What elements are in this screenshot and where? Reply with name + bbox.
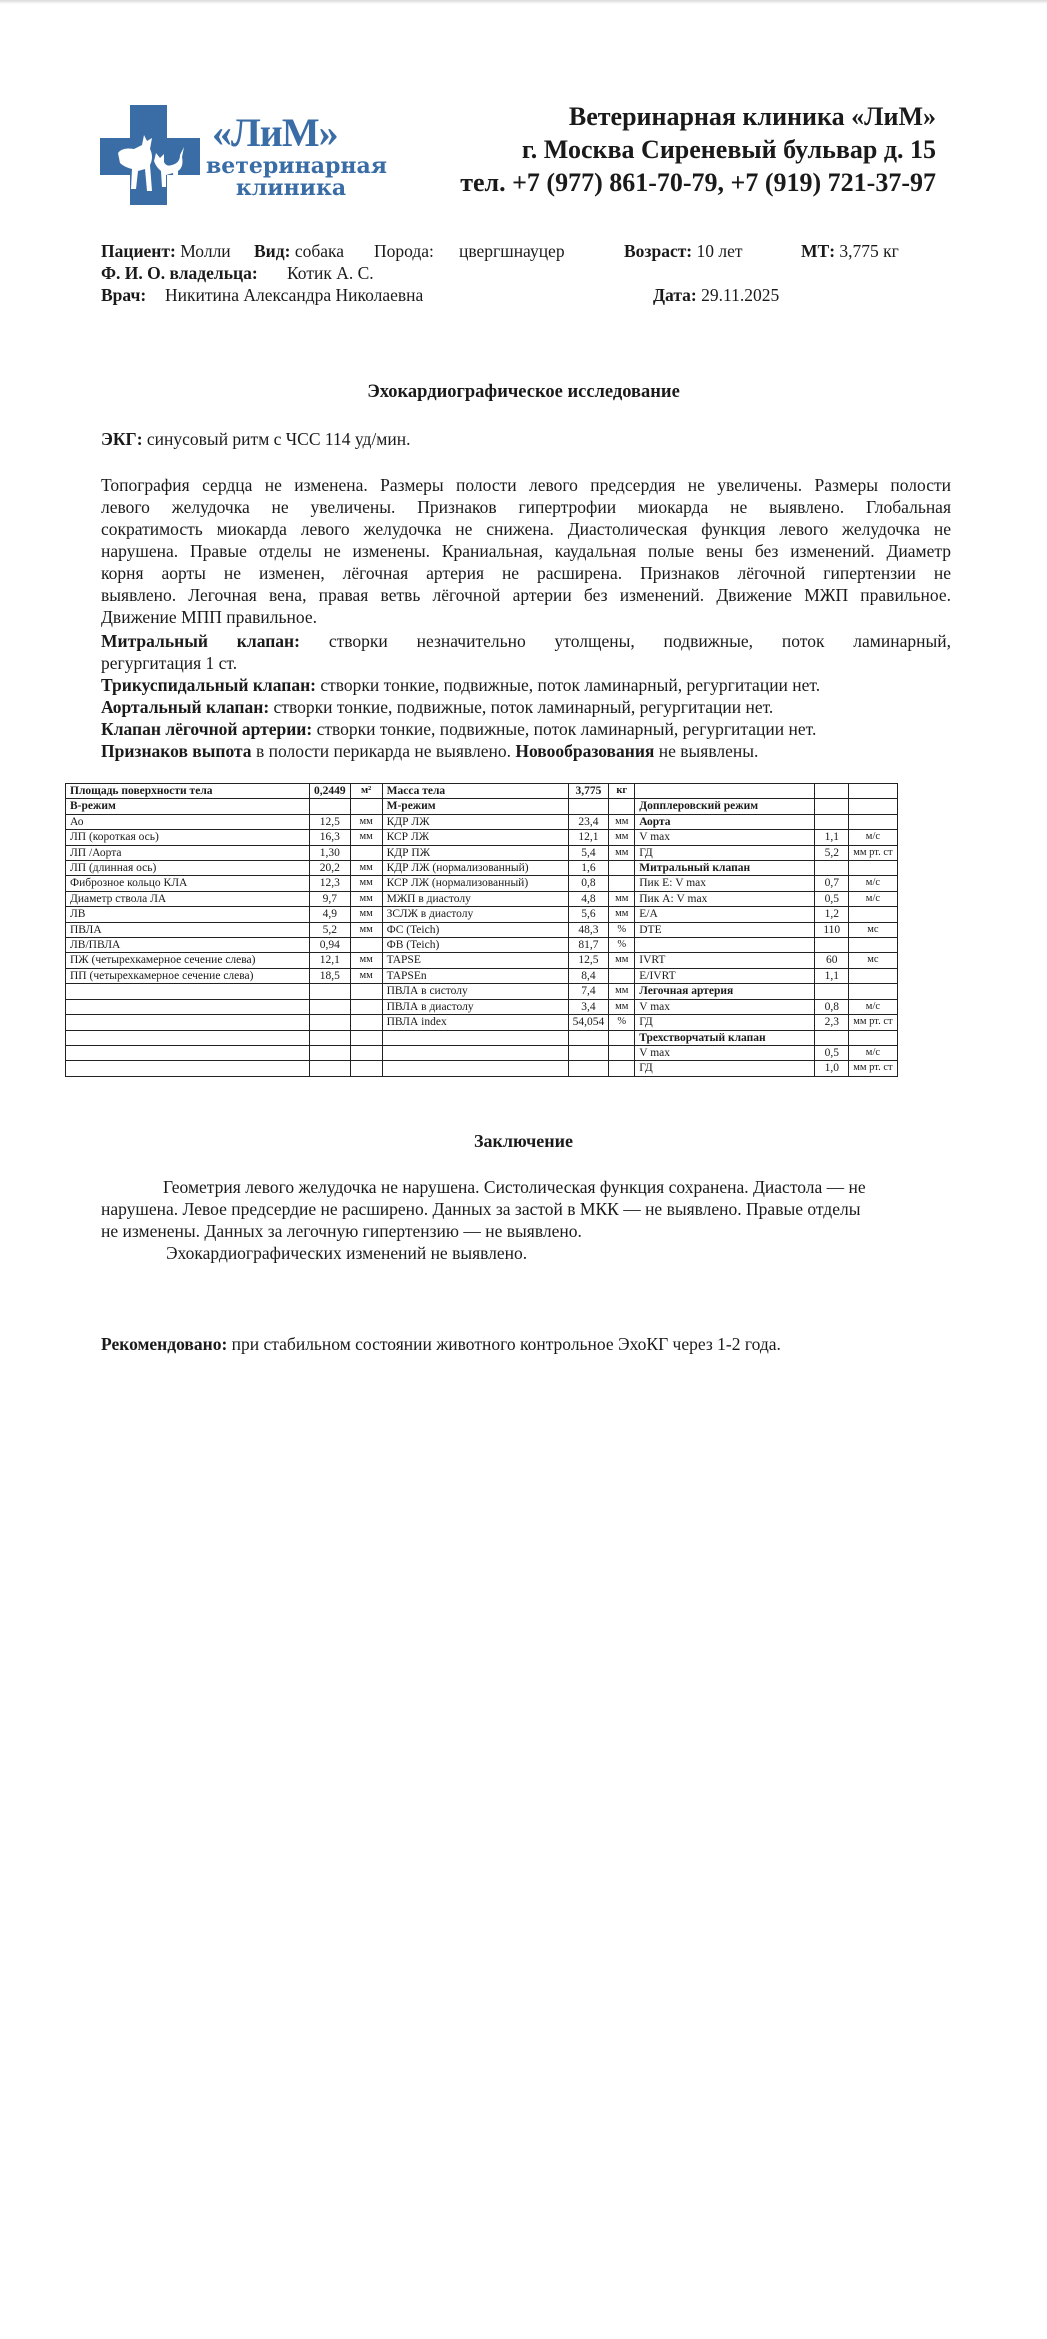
owner-label: Ф. И. О. владельца: [101, 262, 258, 284]
table-cell-value: 54,054 [568, 1015, 609, 1030]
table-cell-label [635, 784, 815, 799]
table-cell-value [310, 1030, 351, 1045]
table-cell-value [310, 1061, 351, 1076]
ecg-value: синусовый ритм с ЧСС 114 уд/мин. [147, 429, 411, 449]
recommendation-value: при стабильном состоянии животного контр… [232, 1334, 781, 1354]
table-cell-value [568, 1061, 609, 1076]
table-cell-unit: % [609, 1015, 635, 1030]
table-cell-value: 5,2 [310, 922, 351, 937]
table-cell-unit: мм [609, 814, 635, 829]
age-label: Возраст: [624, 241, 692, 261]
table-cell-label: КСР ЛЖ [382, 830, 568, 845]
logo-subtitle: ветеринарная клиника [206, 155, 376, 199]
table-cell-value [815, 1030, 849, 1045]
table-cell-value: 4,8 [568, 891, 609, 906]
table-cell-unit [350, 845, 382, 860]
table-cell-value [815, 984, 849, 999]
table-cell-label [382, 1045, 568, 1060]
measurements-table: Площадь поверхности тела0,2449м²Масса те… [65, 783, 898, 1077]
table-cell-label: МЖП в диастолу [382, 891, 568, 906]
table-cell-value: 12,1 [310, 953, 351, 968]
table-cell-value: 12,1 [568, 830, 609, 845]
table-cell-label: ГД [635, 1015, 815, 1030]
table-cell-unit: м/с [849, 876, 897, 891]
neoplasm-value: не выявлены. [659, 741, 759, 761]
table-cell-label: В-режим [66, 799, 310, 814]
tricuspid-line: Трикуспидальный клапан: створки тонкие, … [101, 674, 951, 696]
valves-findings: Митральный клапан: створки незначительно… [101, 630, 951, 762]
table-cell-label: Допплеровский режим [635, 799, 815, 814]
doctor-label: Врач: [101, 284, 146, 306]
table-cell-unit: кг [609, 784, 635, 799]
table-cell-label: V max [635, 830, 815, 845]
table-row: V max0,5м/с [66, 1045, 898, 1060]
table-cell-label: ПВЛА в систолу [382, 984, 568, 999]
medical-cross-with-dog-and-cat-icon [100, 105, 200, 205]
table-cell-value [568, 1045, 609, 1060]
table-row: Трехстворчатый клапан [66, 1030, 898, 1045]
table-row: Ао12,5ммКДР ЛЖ23,4ммАорта [66, 814, 898, 829]
table-row: ПВЛА5,2ммФС (Teich)48,3%DTE110мс [66, 922, 898, 937]
table-row: В-режимМ-режимДопплеровский режим [66, 799, 898, 814]
table-cell-value: 3,775 [568, 784, 609, 799]
effusion-value: в полости перикарда не выявлено. [256, 741, 511, 761]
table-cell-label: КДР ПЖ [382, 845, 568, 860]
table-cell-unit: мм рт. ст [849, 845, 897, 860]
table-cell-value [310, 1045, 351, 1060]
clinic-phones: тел. +7 (977) 861-70-79, +7 (919) 721-37… [460, 166, 936, 199]
table-cell-unit: мм [609, 953, 635, 968]
logo-subtitle-line2: клиника [206, 177, 376, 199]
conclusion-line-2: нарушена. Левое предсердие не расширено.… [101, 1198, 951, 1220]
table-row: Диаметр ствола ЛА9,7ммМЖП в диастолу4,8м… [66, 891, 898, 906]
table-cell-label [66, 999, 310, 1014]
table-cell-unit: мм [350, 907, 382, 922]
clinic-logo: «ЛиМ» ветеринарная клиника [100, 105, 380, 210]
breed-label: Порода: [374, 240, 434, 262]
recommendation-label: Рекомендовано: [101, 1334, 227, 1354]
table-cell-value: 1,30 [310, 845, 351, 860]
table-cell-unit [350, 1015, 382, 1030]
table-cell-label: IVRT [635, 953, 815, 968]
logo-subtitle-line1: ветеринарная [206, 155, 376, 177]
table-row: ПВЛА index54,054%ГД2,3мм рт. ст [66, 1015, 898, 1030]
table-cell-value: 7,4 [568, 984, 609, 999]
table-cell-value: 81,7 [568, 938, 609, 953]
table-cell-unit [849, 784, 897, 799]
table-cell-unit [609, 876, 635, 891]
table-cell-label: Легочная артерия [635, 984, 815, 999]
table-cell-unit [609, 1030, 635, 1045]
table-cell-value: 0,5 [815, 1045, 849, 1060]
table-cell-unit [350, 1030, 382, 1045]
table-cell-unit [350, 799, 382, 814]
table-cell-label: Аорта [635, 814, 815, 829]
table-cell-label: E/IVRT [635, 968, 815, 983]
table-cell-unit [849, 907, 897, 922]
table-cell-unit [350, 938, 382, 953]
table-cell-unit: мм [609, 984, 635, 999]
description-line: левого желудочка не увеличены. Признаков… [101, 496, 951, 518]
age-value: 10 лет [697, 241, 743, 261]
table-cell-value: 3,4 [568, 999, 609, 1014]
description-line: корня аорты не изменен, лёгочная артерия… [101, 562, 951, 584]
table-row: ЛВ/ПВЛА0,94ФВ (Teich)81,7% [66, 938, 898, 953]
table-cell-unit [609, 861, 635, 876]
table-cell-unit [849, 1030, 897, 1045]
table-cell-unit: мм [350, 861, 382, 876]
table-cell-value: 12,5 [310, 814, 351, 829]
table-cell-value: 1,2 [815, 907, 849, 922]
patient-label: Пациент: [101, 241, 176, 261]
table-cell-value: 0,94 [310, 938, 351, 953]
table-row: ПЖ (четырехкамерное сечение слева)12,1мм… [66, 953, 898, 968]
table-cell-label: ГД [635, 1061, 815, 1076]
table-cell-unit: мс [849, 922, 897, 937]
table-cell-label [382, 1030, 568, 1045]
age-field: Возраст: 10 лет [624, 240, 743, 262]
table-cell-value: 60 [815, 953, 849, 968]
table-cell-value: 23,4 [568, 814, 609, 829]
date-field: Дата: 29.11.2025 [653, 284, 779, 306]
table-cell-unit: м/с [849, 999, 897, 1014]
table-cell-label: ФВ (Teich) [382, 938, 568, 953]
table-cell-value: 2,3 [815, 1015, 849, 1030]
table-cell-value: 12,5 [568, 953, 609, 968]
clinic-info: Ветеринарная клиника «ЛиМ» г. Москва Сир… [460, 100, 936, 199]
patient-name-field: Пациент: Молли [101, 240, 231, 262]
table-cell-unit [350, 1045, 382, 1060]
description-line: сократимость миокарда левого желудочка н… [101, 518, 951, 540]
patient-value: Молли [180, 241, 230, 261]
table-cell-label: Фиброзное кольцо КЛА [66, 876, 310, 891]
table-cell-label: Пик Е: V max [635, 876, 815, 891]
table-cell-value: 0,8 [568, 876, 609, 891]
conclusion-line-3: не изменены. Данных за легочную гипертен… [101, 1220, 951, 1242]
table-cell-value: 1,6 [568, 861, 609, 876]
table-cell-label [66, 1015, 310, 1030]
table-cell-unit: м² [350, 784, 382, 799]
table-cell-unit [849, 814, 897, 829]
table-cell-label: ПВЛА в диастолу [382, 999, 568, 1014]
table-cell-value [310, 799, 351, 814]
table-cell-label: Митральный клапан [635, 861, 815, 876]
table-cell-label [66, 1030, 310, 1045]
table-cell-unit: м/с [849, 891, 897, 906]
table-cell-value: 4,9 [310, 907, 351, 922]
table-cell-value: 5,4 [568, 845, 609, 860]
table-cell-value: 18,5 [310, 968, 351, 983]
table-cell-unit [350, 999, 382, 1014]
table-cell-unit: мм [350, 953, 382, 968]
table-cell-value [568, 799, 609, 814]
table-cell-label: V max [635, 999, 815, 1014]
table-cell-label: КДР ЛЖ (нормализованный) [382, 861, 568, 876]
species-value: собака [295, 241, 344, 261]
pulmonary-label: Клапан лёгочной артерии: [101, 719, 312, 739]
table-cell-unit [849, 861, 897, 876]
conclusion-summary: Эхокардиографических изменений не выявле… [101, 1242, 951, 1264]
table-cell-label: ЛВ [66, 907, 310, 922]
table-cell-label [382, 1061, 568, 1076]
owner-value: Котик А. С. [287, 262, 374, 284]
table-cell-label: V max [635, 1045, 815, 1060]
clinic-address: г. Москва Сиреневый бульвар д. 15 [460, 133, 936, 166]
table-cell-value: 0,2449 [310, 784, 351, 799]
table-cell-unit [609, 1045, 635, 1060]
conclusion-text: Геометрия левого желудочка не нарушена. … [101, 1176, 951, 1264]
table-cell-label: ПВЛА index [382, 1015, 568, 1030]
table-cell-unit: мс [849, 953, 897, 968]
date-label: Дата: [653, 285, 697, 305]
date-value: 29.11.2025 [701, 285, 779, 305]
table-cell-label: ЛВ/ПВЛА [66, 938, 310, 953]
table-cell-label: ЛП (длинная ось) [66, 861, 310, 876]
table-cell-value [815, 784, 849, 799]
table-row: Фиброзное кольцо КЛА12,3ммКСР ЛЖ (нормал… [66, 876, 898, 891]
patient-info: Пациент: Молли Вид: собака Порода: цверг… [101, 240, 961, 306]
table-cell-value: 0,5 [815, 891, 849, 906]
table-row: ЛП (короткая ось)16,3ммКСР ЛЖ12,1ммV max… [66, 830, 898, 845]
clinic-name: Ветеринарная клиника «ЛиМ» [460, 100, 936, 133]
table-cell-unit: мм [609, 999, 635, 1014]
table-cell-value: 16,3 [310, 830, 351, 845]
table-cell-label: TAPSEn [382, 968, 568, 983]
conclusion-line-1: Геометрия левого желудочка не нарушена. … [101, 1176, 951, 1198]
study-title: Эхокардиографическое исследование [0, 382, 1047, 403]
table-cell-unit [849, 799, 897, 814]
table-row: ЛВ4,9ммЗСЛЖ в диастолу5,6ммЕ/А1,2 [66, 907, 898, 922]
table-cell-unit: мм [350, 968, 382, 983]
table-cell-unit: % [609, 938, 635, 953]
weight-field: МТ: 3,775 кг [801, 240, 899, 262]
ecg-label: ЭКГ: [101, 429, 143, 449]
description-line: выявлено. Легочная вена, правая ветвь лё… [101, 584, 951, 606]
table-cell-value: 12,3 [310, 876, 351, 891]
table-cell-unit [609, 799, 635, 814]
table-cell-value [815, 799, 849, 814]
table-cell-unit: мм [609, 891, 635, 906]
table-cell-unit: % [609, 922, 635, 937]
table-cell-unit: мм [350, 876, 382, 891]
table-cell-value [568, 1030, 609, 1045]
table-cell-unit: мм [609, 907, 635, 922]
table-cell-unit: мм [609, 830, 635, 845]
table-cell-value: 5,6 [568, 907, 609, 922]
table-cell-unit: мм рт. ст [849, 1061, 897, 1076]
table-cell-unit [849, 938, 897, 953]
table-cell-label: Трехстворчатый клапан [635, 1030, 815, 1045]
tricuspid-value: створки тонкие, подвижные, поток ламинар… [320, 675, 820, 695]
table-row: ЛП /Аорта1,30КДР ПЖ5,4ммГД5,2мм рт. ст [66, 845, 898, 860]
table-cell-label: КСР ЛЖ (нормализованный) [382, 876, 568, 891]
table-cell-value: 8,4 [568, 968, 609, 983]
aortic-value: створки тонкие, подвижные, поток ламинар… [274, 697, 774, 717]
mitral-line-2: регургитация 1 ст. [101, 652, 951, 674]
table-cell-label: ПВЛА [66, 922, 310, 937]
table-cell-label: ПЖ (четырехкамерное сечение слева) [66, 953, 310, 968]
weight-label: МТ: [801, 241, 835, 261]
table-cell-unit [849, 968, 897, 983]
effusion-line: Признаков выпота в полости перикарда не … [101, 740, 951, 762]
aortic-label: Аортальный клапан: [101, 697, 269, 717]
table-cell-label: ГД [635, 845, 815, 860]
description-line: Топография сердца не изменена. Размеры п… [101, 474, 951, 496]
tricuspid-label: Трикуспидальный клапан: [101, 675, 316, 695]
table-cell-label: ПП (четырехкамерное сечение слева) [66, 968, 310, 983]
table-cell-label: Пик А: V max [635, 891, 815, 906]
conclusion-title: Заключение [0, 1131, 1047, 1152]
table-row: Площадь поверхности тела0,2449м²Масса те… [66, 784, 898, 799]
table-row: ПВЛА в диастолу3,4ммV max0,8м/с [66, 999, 898, 1014]
table-cell-value: 1,0 [815, 1061, 849, 1076]
table-row: ПП (четырехкамерное сечение слева)18,5мм… [66, 968, 898, 983]
mitral-value: створки незначительно утолщены, подвижны… [329, 631, 951, 651]
table-cell-unit: м/с [849, 1045, 897, 1060]
table-cell-value: 9,7 [310, 891, 351, 906]
mitral-line: Митральный клапан: створки незначительно… [101, 630, 951, 652]
table-row: ГД1,0мм рт. ст [66, 1061, 898, 1076]
table-cell-value [310, 984, 351, 999]
table-cell-label [66, 984, 310, 999]
species-field: Вид: собака [254, 240, 344, 262]
table-cell-unit [350, 1061, 382, 1076]
table-cell-label [635, 938, 815, 953]
recommendation: Рекомендовано: при стабильном состоянии … [101, 1333, 951, 1355]
table-cell-label: Диаметр ствола ЛА [66, 891, 310, 906]
table-cell-value [815, 861, 849, 876]
neoplasm-label: Новообразования [515, 741, 654, 761]
table-cell-label: ЛП (короткая ось) [66, 830, 310, 845]
study-description: Топография сердца не изменена. Размеры п… [101, 474, 951, 628]
table-cell-unit: мм рт. ст [849, 1015, 897, 1030]
table-cell-value [815, 938, 849, 953]
table-cell-label: ЛП /Аорта [66, 845, 310, 860]
doctor-value: Никитина Александра Николаевна [165, 284, 423, 306]
table-cell-unit: мм [609, 845, 635, 860]
table-row: ПВЛА в систолу7,4ммЛегочная артерия [66, 984, 898, 999]
table-cell-value [310, 999, 351, 1014]
table-cell-label: ФС (Teich) [382, 922, 568, 937]
table-cell-value: 1,1 [815, 830, 849, 845]
table-cell-label: КДР ЛЖ [382, 814, 568, 829]
logo-name: «ЛиМ» [212, 113, 338, 153]
table-cell-value [310, 1015, 351, 1030]
table-cell-label [66, 1045, 310, 1060]
table-cell-unit: м/с [849, 830, 897, 845]
table-cell-label: Е/А [635, 907, 815, 922]
table-cell-value: 20,2 [310, 861, 351, 876]
table-cell-value: 1,1 [815, 968, 849, 983]
table-cell-unit: мм [350, 891, 382, 906]
table-cell-value: 5,2 [815, 845, 849, 860]
table-cell-unit: мм [350, 830, 382, 845]
table-cell-unit [609, 1061, 635, 1076]
table-cell-label [66, 1061, 310, 1076]
table-cell-label: ЗСЛЖ в диастолу [382, 907, 568, 922]
description-line: Движение МПП правильное. [101, 606, 951, 628]
table-cell-label: TAPSE [382, 953, 568, 968]
table-cell-value [815, 814, 849, 829]
pulmonary-line: Клапан лёгочной артерии: створки тонкие,… [101, 718, 951, 740]
pulmonary-value: створки тонкие, подвижные, поток ламинар… [317, 719, 817, 739]
table-cell-label: DTE [635, 922, 815, 937]
page-top-edge [0, 0, 1047, 4]
table-cell-value: 110 [815, 922, 849, 937]
ecg-line: ЭКГ: синусовый ритм с ЧСС 114 уд/мин. [101, 428, 951, 450]
table-cell-label: Ао [66, 814, 310, 829]
table-cell-unit [849, 984, 897, 999]
description-line: нарушена. Правые отделы не изменены. Кра… [101, 540, 951, 562]
mitral-label: Митральный клапан: [101, 631, 300, 651]
table-cell-unit [609, 968, 635, 983]
table-cell-label: Масса тела [382, 784, 568, 799]
table-cell-value: 0,8 [815, 999, 849, 1014]
weight-value: 3,775 кг [839, 241, 898, 261]
aortic-line: Аортальный клапан: створки тонкие, подви… [101, 696, 951, 718]
table-cell-label: М-режим [382, 799, 568, 814]
table-cell-unit [350, 984, 382, 999]
species-label: Вид: [254, 241, 290, 261]
table-cell-value: 0,7 [815, 876, 849, 891]
effusion-label: Признаков выпота [101, 741, 252, 761]
table-cell-value: 48,3 [568, 922, 609, 937]
table-cell-label: Площадь поверхности тела [66, 784, 310, 799]
table-row: ЛП (длинная ось)20,2ммКДР ЛЖ (нормализов… [66, 861, 898, 876]
table-cell-unit: мм [350, 922, 382, 937]
breed-value: цвергшнауцер [459, 240, 565, 262]
table-cell-unit: мм [350, 814, 382, 829]
